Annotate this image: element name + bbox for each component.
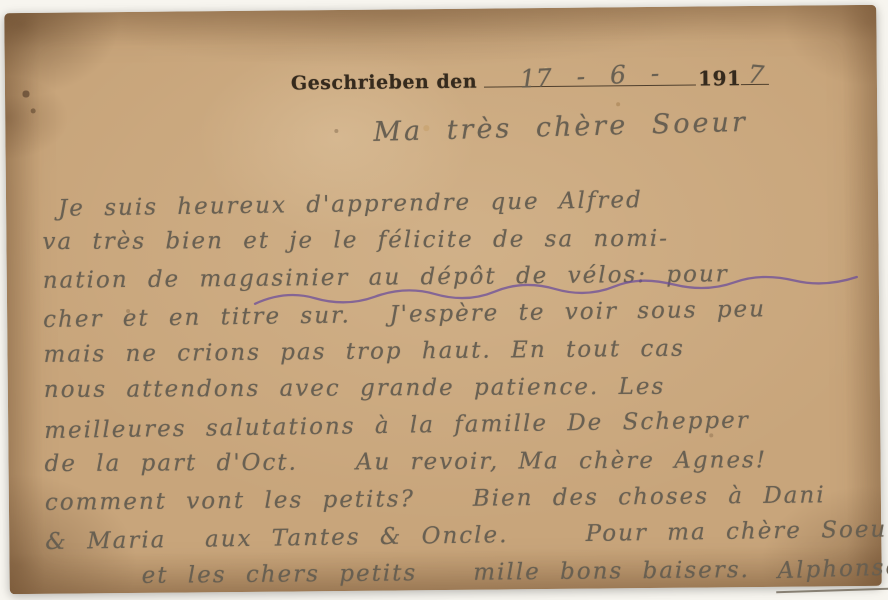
handwritten-day-month: 17 - 6 - xyxy=(520,58,661,93)
signature: Alphonse xyxy=(775,549,888,593)
closing-left: et les chers petits xyxy=(141,555,417,598)
postcard-photo: Geschrieben den 17 - 6 - 191 7 Ma très c… xyxy=(0,0,888,600)
date-blank-line: 17 - 6 - xyxy=(484,63,696,88)
letter-body: Je suis heureux d'apprendre que Alfred v… xyxy=(42,181,866,599)
year-digit-blank-line: 7 xyxy=(741,62,769,85)
salutation: Ma très chère Soeur xyxy=(373,107,748,148)
letter-line: va très bien et je le félicite de sa nom… xyxy=(42,220,862,261)
printed-geschrieben-label: Geschrieben den xyxy=(291,71,477,95)
date-header: Geschrieben den 17 - 6 - 191 7 xyxy=(291,62,770,95)
paper-stains xyxy=(4,13,6,15)
letter-line: de la part d'Oct. Au revoir, Ma chère Ag… xyxy=(44,442,864,483)
printed-year-prefix: 191 xyxy=(698,66,741,90)
closing-middle: mille bons baisers. xyxy=(473,552,750,595)
postcard: Geschrieben den 17 - 6 - 191 7 Ma très c… xyxy=(4,5,882,594)
handwritten-year-digit: 7 xyxy=(746,59,765,89)
